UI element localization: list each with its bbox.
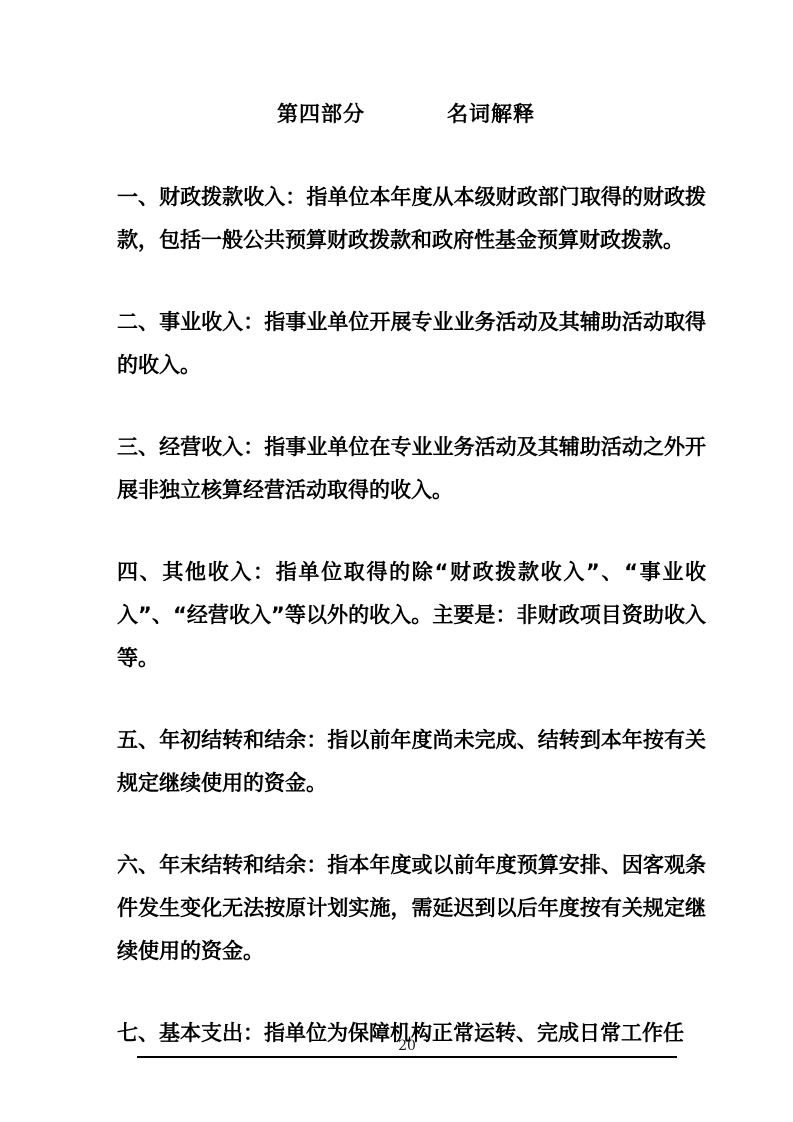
page-footer: 20 (137, 1038, 677, 1058)
term-paragraph-business-income: 三、经营收入：指事业单位在专业业务活动及其辅助活动之外开展非独立核算经营活动取得… (117, 426, 706, 512)
term-paragraph-operating-income: 二、事业收入：指事业单位开展专业业务活动及其辅助活动取得的收入。 (117, 301, 706, 387)
document-page: 第四部分 名词解释 一、财政拨款收入：指单位本年度从本级财政部门取得的财政拨款，… (0, 0, 793, 1122)
term-paragraph-other-income: 四、其他收入：指单位取得的除“财政拨款收入”、“事业收入”、“经营收入”等以外的… (117, 551, 706, 680)
title-section-label: 名词解释 (447, 100, 535, 128)
page-number: 20 (137, 1038, 677, 1055)
term-paragraph-beginning-year-carryover: 五、年初结转和结余：指以前年度尚未完成、结转到本年按有关规定继续使用的资金。 (117, 719, 706, 805)
term-paragraph-fiscal-appropriation-income: 一、财政拨款收入：指单位本年度从本级财政部门取得的财政拨款，包括一般公共预算财政… (117, 176, 706, 262)
title-part-label: 第四部分 (277, 100, 365, 128)
page-title: 第四部分 名词解释 (0, 100, 793, 130)
term-paragraph-year-end-carryover: 六、年末结转和结余：指本年度或以前年度预算安排、因客观条件发生变化无法按原计划实… (117, 844, 706, 973)
terms-list: 一、财政拨款收入：指单位本年度从本级财政部门取得的财政拨款，包括一般公共预算财政… (117, 176, 706, 1094)
footer-divider-line (137, 1056, 677, 1058)
